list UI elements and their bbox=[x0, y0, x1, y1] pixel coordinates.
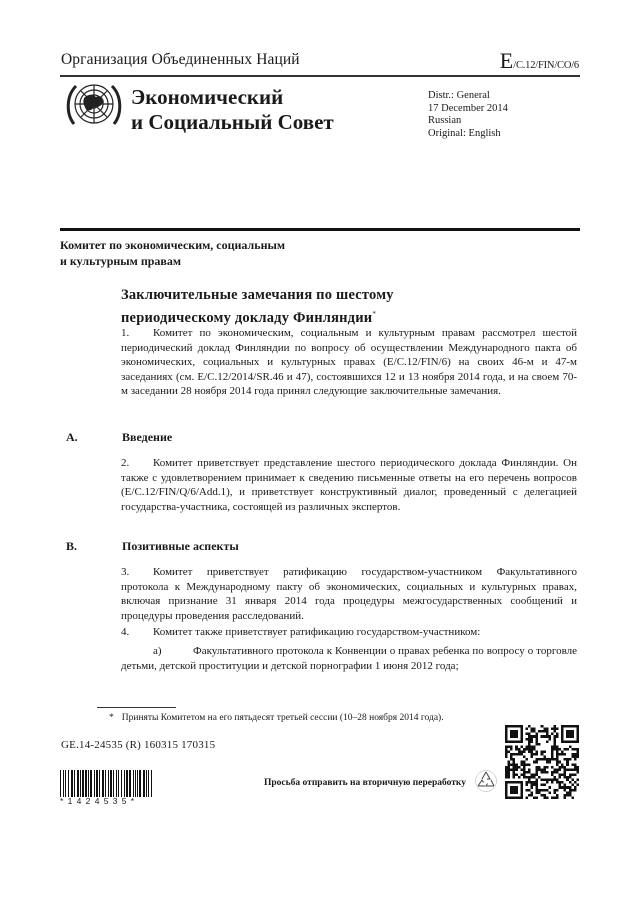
section-title: Введение bbox=[122, 430, 172, 445]
issue-date: 17 December 2014 bbox=[428, 103, 508, 116]
footnote-text: Приняты Комитетом на его пятьдесят треть… bbox=[122, 713, 444, 723]
document-title: Заключительные замечания по шестому пери… bbox=[121, 286, 394, 328]
distribution-block: Distr.: General 17 December 2014 Russian… bbox=[428, 90, 508, 140]
organ-title: Экономический и Социальный Совет bbox=[131, 85, 334, 135]
paragraph-number: 2. bbox=[121, 456, 153, 471]
section-title: Позитивные аспекты bbox=[122, 539, 239, 554]
title-footnote-mark[interactable]: * bbox=[372, 310, 376, 318]
subparagraph-a: a)Факультативного протокола к Конвенции … bbox=[121, 644, 577, 673]
paragraph-2: 2.Комитет приветствует представление шес… bbox=[121, 456, 577, 514]
barcode-icon bbox=[60, 770, 152, 797]
section-letter: B. bbox=[66, 539, 77, 554]
organ-title-line2: и Социальный Совет bbox=[131, 110, 334, 135]
barcode-text: *1424535* bbox=[60, 796, 152, 806]
symbol-prefix: E bbox=[500, 48, 513, 73]
organ-title-line1: Экономический bbox=[131, 85, 334, 110]
committee-line2: и культурным правам bbox=[60, 253, 285, 269]
paragraph-number: 1. bbox=[121, 326, 153, 341]
committee-line1: Комитет по экономическим, социальным bbox=[60, 237, 285, 253]
un-emblem-icon bbox=[64, 80, 124, 130]
symbol-suffix: /C.12/FIN/CO/6 bbox=[513, 60, 579, 71]
paragraph-text: Комитет приветствует представление шесто… bbox=[121, 457, 577, 513]
subparagraph-label: a) bbox=[153, 644, 193, 659]
header-rule bbox=[60, 75, 580, 77]
job-number: GE.14-24535 (R) 160315 170315 bbox=[61, 739, 215, 751]
title-line2: периодическому докладу Финляндии bbox=[121, 310, 372, 326]
paragraph-3: 3.Комитет приветствует ратификацию госуд… bbox=[121, 565, 577, 623]
masthead-rule bbox=[60, 228, 580, 231]
qr-code-icon bbox=[505, 725, 579, 799]
committee-name: Комитет по экономическим, социальным и к… bbox=[60, 237, 285, 269]
footnote-mark: * bbox=[109, 713, 114, 723]
title-line1: Заключительные замечания по шестому bbox=[121, 286, 394, 305]
organization-name: Организация Объединенных Наций bbox=[61, 51, 300, 69]
paragraph-number: 4. bbox=[121, 625, 153, 640]
section-letter: A. bbox=[66, 430, 78, 445]
document-symbol: E/C.12/FIN/CO/6 bbox=[500, 48, 579, 74]
distribution: Distr.: General bbox=[428, 90, 508, 103]
paragraph-text: Комитет приветствует ратификацию государ… bbox=[121, 566, 577, 622]
paragraph-text: Комитет также приветствует ратификацию г… bbox=[153, 626, 480, 638]
paragraph-text: Комитет по экономическим, социальным и к… bbox=[121, 327, 577, 397]
paragraph-number: 3. bbox=[121, 565, 153, 580]
language: Russian bbox=[428, 115, 508, 128]
recycle-icon bbox=[474, 769, 498, 793]
recycle-notice: Просьба отправить на вторичную переработ… bbox=[264, 778, 466, 788]
footnote: *Приняты Комитетом на его пятьдесят трет… bbox=[109, 713, 444, 723]
original-language: Original: English bbox=[428, 128, 508, 141]
paragraph-4: 4.Комитет также приветствует ратификацию… bbox=[121, 625, 577, 640]
paragraph-1: 1.Комитет по экономическим, социальным и… bbox=[121, 326, 577, 399]
footnote-rule bbox=[97, 707, 176, 708]
